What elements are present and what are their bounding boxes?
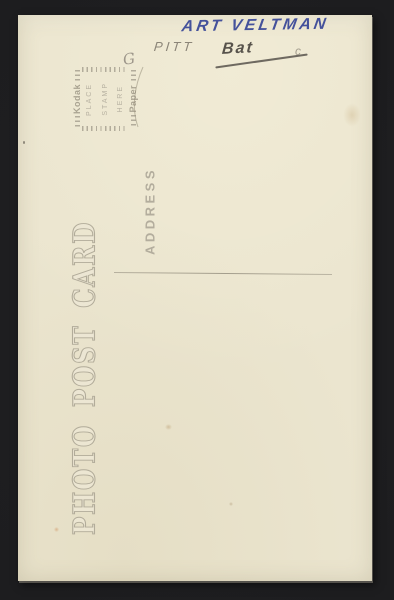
stamp-word-here: HERE bbox=[117, 85, 124, 112]
photo-background: ART VELTMAN PITT G Bat c Kodak Paper PLA… bbox=[0, 0, 394, 600]
age-stain bbox=[229, 502, 233, 506]
stamp-box-dashes bbox=[75, 70, 80, 82]
address-line bbox=[114, 272, 332, 275]
stamp-box-dashed-edge-bottom bbox=[82, 126, 128, 131]
handwritten-stray-mark: c bbox=[295, 44, 301, 58]
stamp-word-place: PLACE bbox=[86, 83, 93, 116]
stamp-box-dashes bbox=[75, 116, 80, 128]
address-label: ADDRESS bbox=[143, 167, 158, 255]
pencil-scratch-curve bbox=[126, 65, 148, 129]
photo-post-card-label: PHOTO POST CARD bbox=[68, 221, 103, 535]
handwritten-crossed-out-word: Bat bbox=[221, 39, 254, 59]
postcard-back: ART VELTMAN PITT G Bat c Kodak Paper PLA… bbox=[18, 15, 372, 581]
handwritten-location: PITT bbox=[153, 39, 195, 54]
handwritten-name: ART VELTMAN bbox=[180, 16, 329, 37]
stamp-box-dashed-edge-top bbox=[82, 67, 128, 72]
age-stain bbox=[165, 424, 172, 430]
kodak-label: Kodak bbox=[72, 82, 82, 116]
age-stain bbox=[343, 103, 361, 127]
place-stamp-here: PLACE STAMP HERE bbox=[86, 74, 124, 124]
age-stain bbox=[54, 527, 59, 532]
stamp-word-stamp: STAMP bbox=[102, 82, 109, 116]
paper-speck bbox=[23, 141, 25, 144]
stamp-box-edge-kodak: Kodak bbox=[71, 70, 83, 128]
